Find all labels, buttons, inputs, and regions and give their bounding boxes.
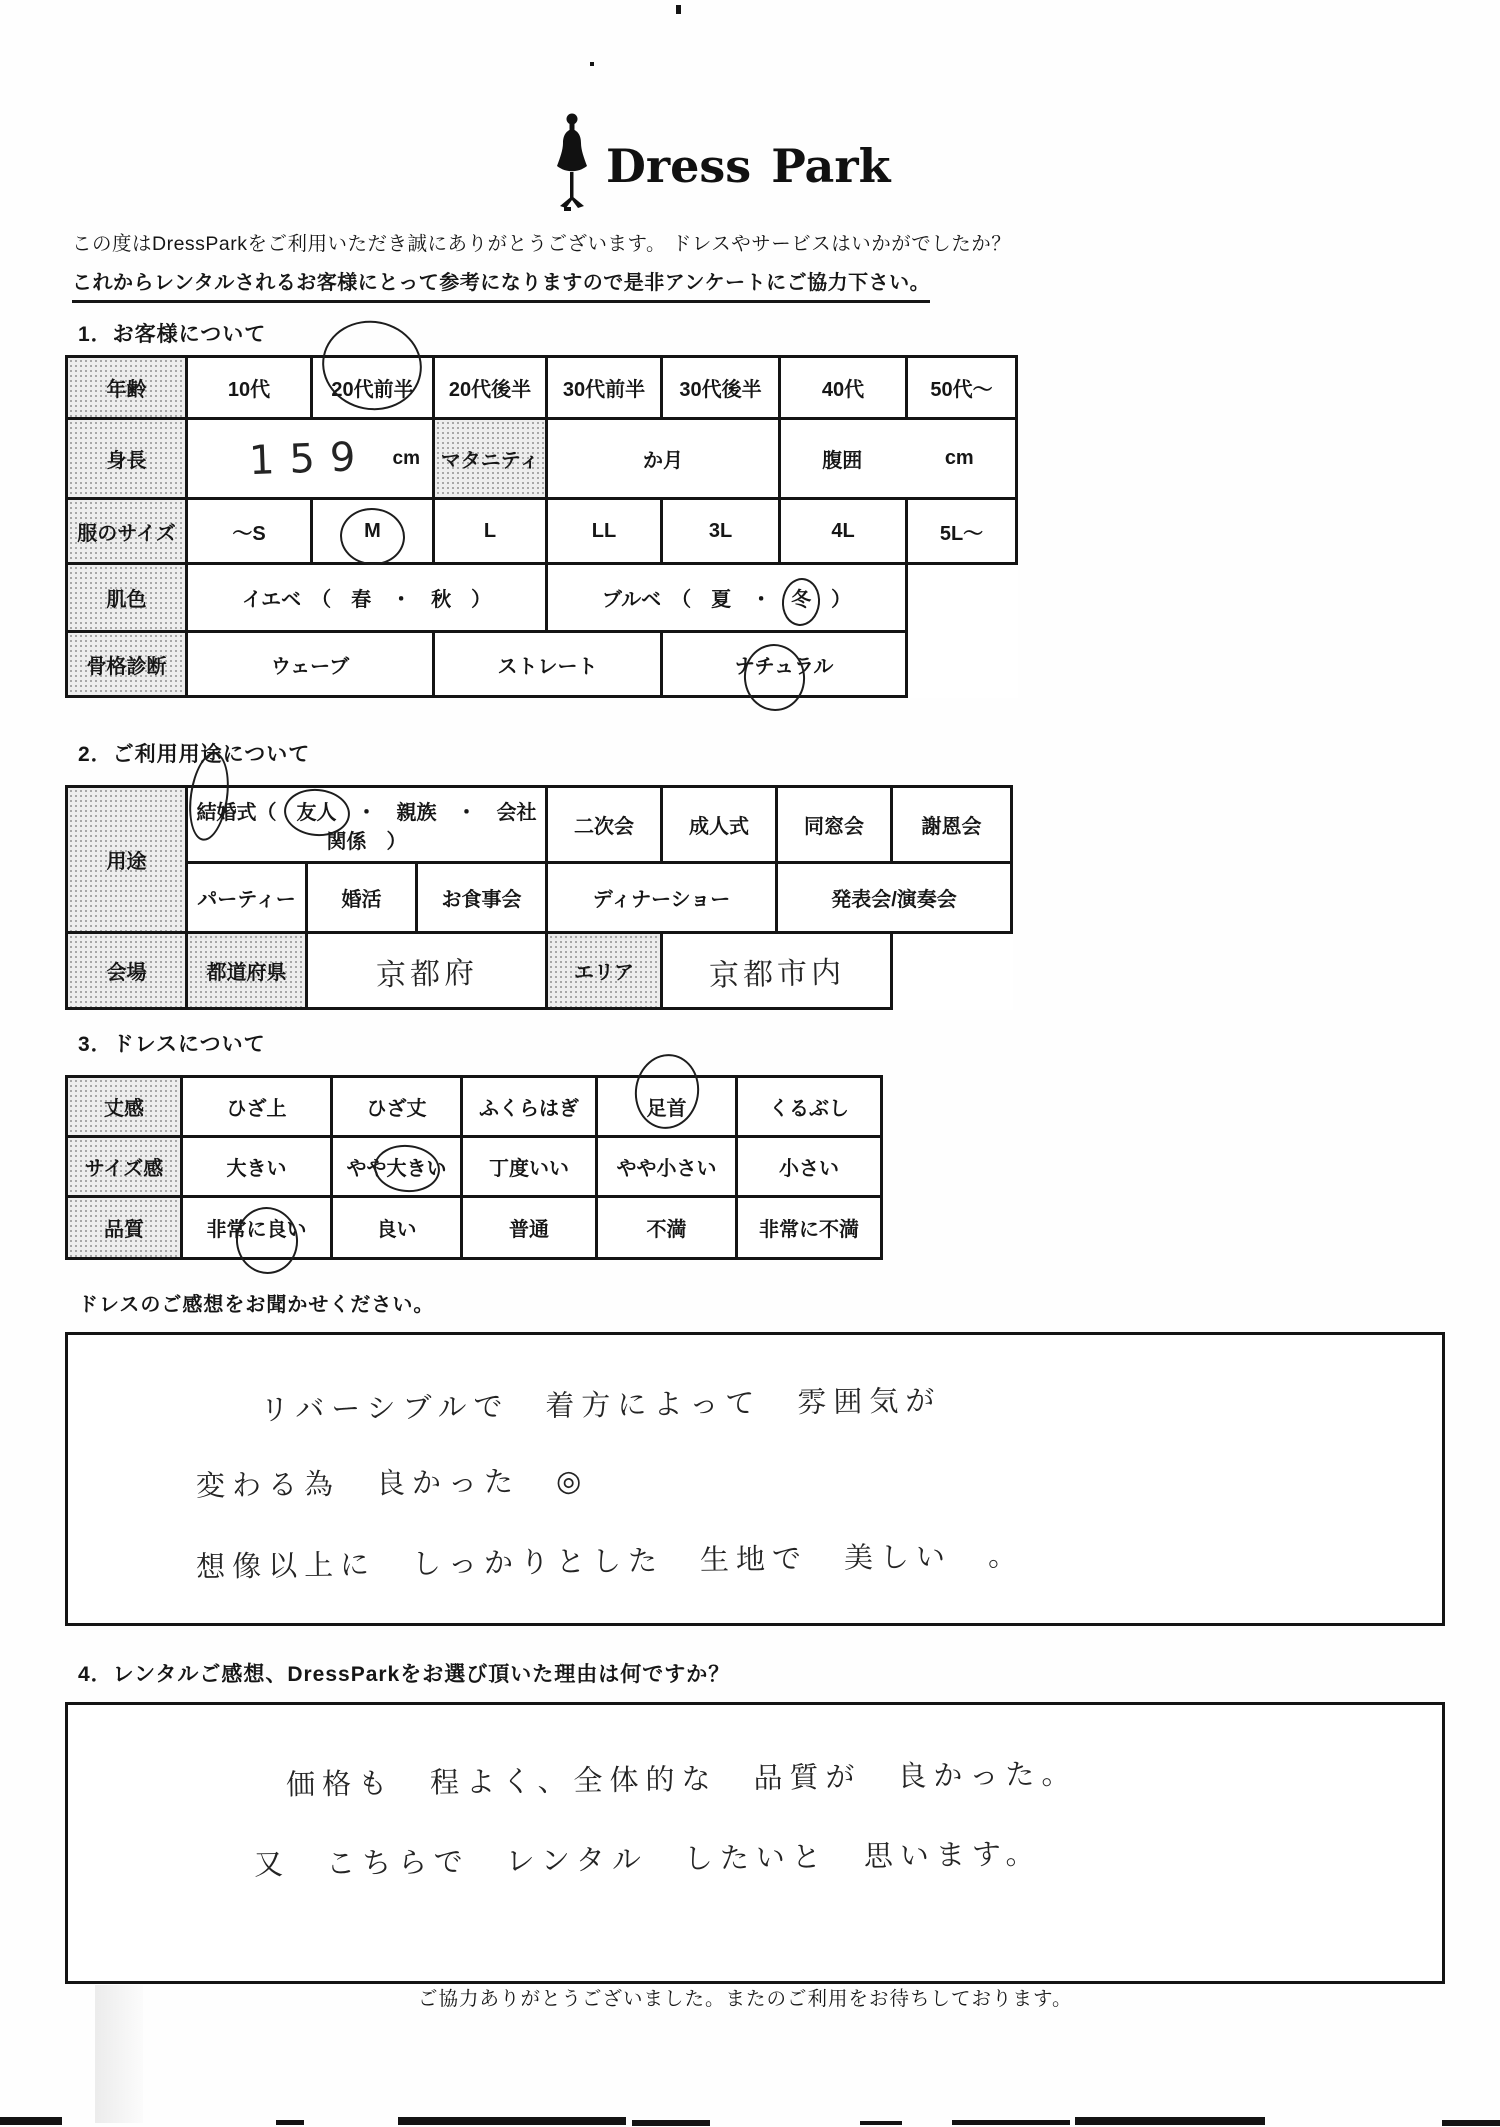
size-option-3l: 3L [662,499,780,564]
logo-text: Dress Park [606,139,890,193]
age-option-30s-early: 30代前半 [547,357,662,419]
height-row: 身長 159 cm マタニティ か月 腹囲 cm [67,419,1017,499]
venue-label: 会場 [67,933,187,1009]
usage-row-2: パーティー 婚活 お食事会 ディナーショー 発表会/演奏会 [67,863,1012,933]
pen-circle: 友人 [297,796,337,825]
clothing-size-label: 服のサイズ [67,499,187,564]
waist-label: 腹囲 [822,444,862,473]
usage-row-1: 用途 結婚式（ 友人 ・ 親族 ・ 会社関係 ） 二次会 成人式 同窓会 謝恩会 [67,787,1012,863]
scan-edge-mark [860,2121,902,2125]
size-option-4l: 4L [780,499,907,564]
quality-option-very-unsatisfied: 非常に不満 [737,1197,882,1259]
quality-option-unsatisfied: 不満 [597,1197,737,1259]
skeleton-row: 骨格診断 ウェーブ ストレート ナチュラル [67,632,1017,697]
scan-speck [590,62,594,66]
usage-wedding-cell: 結婚式（ 友人 ・ 親族 ・ 会社関係 ） [187,787,547,863]
quality-text-end: い [287,1219,307,1241]
handwritten-dress-comment-line3: 想像以上に しっかりとした 生地で 美しい 。 [196,1533,1025,1586]
handwritten-height: 159 [249,433,372,483]
length-label: 丈感 [67,1077,182,1137]
intro-request-text: これからレンタルされるお客様にとって参考になりますので是非アンケートにご協力下さ… [72,266,930,303]
quality-option-good: 良い [332,1197,462,1259]
age-option-10s: 10代 [187,357,312,419]
pen-circle: 冬 [791,583,811,612]
skin-blue-base-cell: ブルベ （ 夏 ・ 冬 ） [547,564,907,632]
fit-option-just-right: 丁度いい [462,1137,597,1197]
age-option-50s: 50代～ [907,357,1017,419]
natural-text: ナ [735,656,755,678]
blue-base-close: ） [811,589,851,611]
length-option-knee: ひざ丈 [332,1077,462,1137]
clothing-size-row: 服のサイズ ～S M L LL 3L 4L 5L～ [67,499,1017,564]
usage-option-dinner: お食事会 [417,863,547,933]
scan-edge-mark [0,2117,62,2125]
age-option-30s-late: 30代後半 [662,357,780,419]
quality-option-normal: 普通 [462,1197,597,1259]
skeleton-option-natural-selected: ナチュラル [662,632,907,697]
section1-title: 1．お客様について [78,318,266,348]
height-label: 身長 [67,419,187,499]
fit-option-slightly-small: やや小さい [597,1137,737,1197]
pen-circle: に良 [247,1213,287,1242]
section2-title: 2．ご利用用途について [78,738,310,768]
wedding-text: 婚式（ [217,802,297,824]
prefecture-value-cell: 京都府 [307,933,547,1009]
size-option-s: ～S [187,499,312,564]
usage-option-konkatsu: 婚活 [307,863,417,933]
skin-tone-row: 肌色 イエベ （ 春 ・ 秋 ） ブルベ （ 夏 ・ 冬 ） [67,564,1017,632]
length-option-ankle-selected: 足首 [597,1077,737,1137]
quality-option-very-good-selected: 非常に良い [182,1197,332,1259]
scan-edge-mark [1442,2120,1500,2126]
usage-option-reunion: 同窓会 [777,787,892,863]
handwritten-rental-comment-line2: 又 こちらで レンタル したいと 思います。 [254,1832,1042,1884]
skeleton-option-wave: ウェーブ [187,632,434,697]
fit-label: サイズ感 [67,1137,182,1197]
customer-table: 年齢 10代 20代前半 20代後半 30代前半 30代後半 40代 50代～ … [65,355,1018,698]
prefecture-label: 都道府県 [187,933,307,1009]
length-option-calf: ふくらはぎ [462,1077,597,1137]
scan-edge-mark [952,2120,1070,2125]
length-row: 丈感 ひざ上 ひざ丈 ふくらはぎ 足首 くるぶし [67,1077,882,1137]
usage-table: 用途 結婚式（ 友人 ・ 親族 ・ 会社関係 ） 二次会 成人式 同窓会 謝恩会… [65,785,1013,1010]
height-value-cell: 159 cm [187,419,434,499]
survey-form-page: Dress Park この度はDressParkをご利用いただき誠にありがとうご… [0,0,1500,2127]
length-option-anklebone: くるぶし [737,1077,882,1137]
age-row: 年齢 10代 20代前半 20代後半 30代前半 30代後半 40代 50代～ [67,357,1017,419]
fit-option-slightly-large-selected: やや大きい [332,1137,462,1197]
scan-edge-mark [632,2120,710,2126]
dress-table: 丈感 ひざ上 ひざ丈 ふくらはぎ 足首 くるぶし サイズ感 大きい やや大きい … [65,1075,883,1260]
quality-label: 品質 [67,1197,182,1259]
rental-comment-box: 価格も 程よく、全体的な 品質が 良かった。 又 こちらで レンタル したいと … [65,1702,1445,1984]
size-option-ll: LL [547,499,662,564]
skeleton-option-straight: ストレート [434,632,662,697]
area-label: エリア [547,933,662,1009]
length-option-above-knee: ひざ上 [182,1077,332,1137]
skeleton-label: 骨格診断 [67,632,187,697]
age-option-40s: 40代 [780,357,907,419]
waist-unit: cm [945,447,974,470]
fit-option-large: 大きい [182,1137,332,1197]
handwritten-rental-comment-line1: 価格も 程よく、全体的な 品質が 良かった。 [286,1751,1078,1803]
dress-comment-box: リバーシブルで 着方によって 雰囲気が 変わる為 良かった ◎ 想像以上に しっ… [65,1332,1445,1626]
dress-comment-prompt: ドレスのご感想をお聞かせください。 [78,1288,434,1317]
section4-title: 4．レンタルご感想、DressParkをお選び頂いた理由は何ですか？ [78,1658,730,1688]
section3-title: 3．ドレスについて [78,1028,266,1058]
quality-text: 非常 [207,1219,247,1241]
age-option-20s-late: 20代後半 [434,357,547,419]
blue-base-text: ブルベ （ 夏 ・ [602,589,791,611]
scan-edge-mark [1075,2117,1265,2125]
usage-option-thanks-party: 謝恩会 [892,787,1012,863]
pen-circle: 20代前半 [331,373,413,402]
usage-option-afterparty: 二次会 [547,787,662,863]
pen-circle: M [364,520,381,543]
usage-option-recital: 発表会/演奏会 [777,863,1012,933]
wedding-text-end: ・ 親族 ・ 会社関係 ） [327,802,537,853]
skin-tone-label: 肌色 [67,564,187,632]
natural-text-end: ラル [794,656,833,678]
logo: Dress Park [548,112,890,219]
dress-mannequin-icon [548,112,596,219]
handwritten-area: 京都市内 [708,947,845,995]
fit-text-end: い [427,1158,447,1180]
usage-option-party: パーティー [187,863,307,933]
scan-speck [676,5,681,14]
usage-option-coming-of-age: 成人式 [662,787,777,863]
size-option-m-selected: M [312,499,434,564]
handwritten-prefecture: 京都府 [375,947,478,994]
scan-edge-mark [276,2120,304,2125]
pen-circle: 足首 [647,1092,687,1121]
pen-circle: 大き [387,1152,427,1181]
pen-circle: 結 [197,796,217,825]
size-option-5l: 5L～ [907,499,1017,564]
pen-circle: チュ [755,650,794,679]
age-label: 年齢 [67,357,187,419]
handwritten-dress-comment-line2: 変わる為 良かった ◎ [196,1458,589,1504]
height-unit: cm [393,448,420,470]
footer-thanks-text: ご協力ありがとうございました。またのご利用をお待ちしております。 [418,1983,1072,2011]
scan-edge-mark [398,2117,626,2125]
handwritten-dress-comment-line1: リバーシブルで 着方によって 雰囲気が [260,1378,942,1429]
fit-option-small: 小さい [737,1137,882,1197]
maternity-label: マタニティ [434,419,547,499]
area-value-cell: 京都市内 [662,933,892,1009]
intro-thanks-text: この度はDressParkをご利用いただき誠にありがとうございます。 ドレスやサ… [72,228,1011,256]
usage-label: 用途 [67,787,187,933]
waist-cell: 腹囲 cm [780,419,1017,499]
venue-row: 会場 都道府県 京都府 エリア 京都市内 [67,933,1012,1009]
quality-row: 品質 非常に良い 良い 普通 不満 非常に不満 [67,1197,882,1259]
fit-row: サイズ感 大きい やや大きい 丁度いい やや小さい 小さい [67,1137,882,1197]
skin-yellow-base-cell: イエベ （ 春 ・ 秋 ） [187,564,547,632]
age-option-20s-early-selected: 20代前半 [312,357,434,419]
scan-smudge [95,1985,143,2123]
usage-option-dinner-show: ディナーショー [547,863,777,933]
size-option-l: L [434,499,547,564]
maternity-months-cell: か月 [547,419,780,499]
fit-text: やや [347,1158,387,1180]
